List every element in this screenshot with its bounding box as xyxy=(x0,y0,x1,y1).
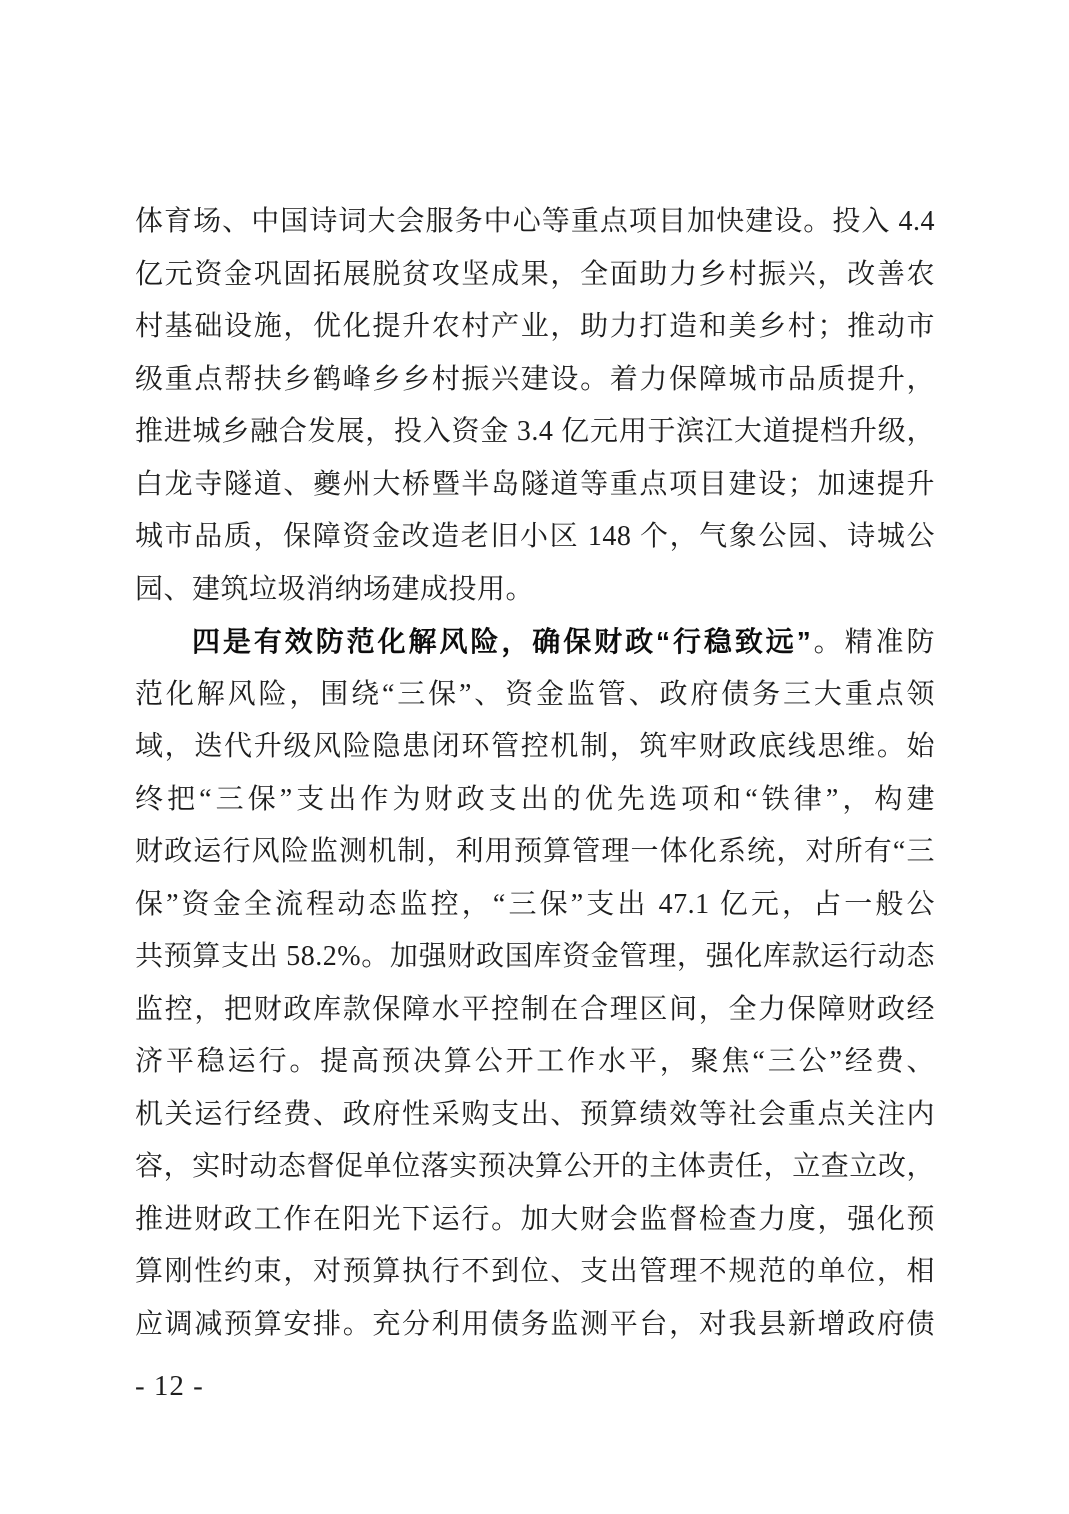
text-line: 财政运行风险监测机制，利用预算管理一体化系统，对所有“三 xyxy=(135,826,935,879)
section-heading-line: 四是有效防范化解风险，确保财政“行稳致远”。精准防 xyxy=(135,616,935,669)
section-heading-tail: 。精准防 xyxy=(811,627,935,658)
text-line: 算刚性约束，对预算执行不到位、支出管理不规范的单位，相 xyxy=(135,1246,935,1299)
text-line: 体育场、中国诗词大会服务中心等重点项目加快建设。投入 4.4 xyxy=(135,196,935,249)
text-line: 域，迭代升级风险隐患闭环管控机制，筑牢财政底线思维。始 xyxy=(135,721,935,774)
text-line: 推进财政工作在阳光下运行。加大财会监督检查力度，强化预 xyxy=(135,1194,935,1247)
paragraph-continued: 体育场、中国诗词大会服务中心等重点项目加快建设。投入 4.4亿元资金巩固拓展脱贫… xyxy=(135,196,935,616)
text-line: 容，实时动态督促单位落实预决算公开的主体责任，立查立改， xyxy=(135,1141,935,1194)
paragraph-section-four: 范化解风险，围绕“三保”、资金监管、政府债务三大重点领域，迭代升级风险隐患闭环管… xyxy=(135,669,935,1352)
text-line: 机关运行经费、政府性采购支出、预算绩效等社会重点关注内 xyxy=(135,1089,935,1142)
text-line: 园、建筑垃圾消纳场建成投用。 xyxy=(135,564,935,617)
text-line: 济平稳运行。提高预决算公开工作水平，聚焦“三公”经费、 xyxy=(135,1036,935,1089)
text-line: 白龙寺隧道、夔州大桥暨半岛隧道等重点项目建设；加速提升 xyxy=(135,459,935,512)
text-line: 城市品质，保障资金改造老旧小区 148 个，气象公园、诗城公 xyxy=(135,511,935,564)
text-line: 范化解风险，围绕“三保”、资金监管、政府债务三大重点领 xyxy=(135,669,935,722)
document-page: 体育场、中国诗词大会服务中心等重点项目加快建设。投入 4.4亿元资金巩固拓展脱贫… xyxy=(0,0,1069,1514)
text-line: 推进城乡融合发展，投入资金 3.4 亿元用于滨江大道提档升级， xyxy=(135,406,935,459)
text-line: 亿元资金巩固拓展脱贫攻坚成果，全面助力乡村振兴，改善农 xyxy=(135,249,935,302)
text-line: 终把“三保”支出作为财政支出的优先选项和“铁律”，构建 xyxy=(135,774,935,827)
text-line: 共预算支出 58.2%。加强财政国库资金管理，强化库款运行动态 xyxy=(135,931,935,984)
text-line: 级重点帮扶乡鹤峰乡乡村振兴建设。着力保障城市品质提升， xyxy=(135,354,935,407)
text-line: 监控，把财政库款保障水平控制在合理区间，全力保障财政经 xyxy=(135,984,935,1037)
text-line: 保”资金全流程动态监控，“三保”支出 47.1 亿元，占一般公 xyxy=(135,879,935,932)
page-number: - 12 - xyxy=(135,1369,935,1403)
text-line: 村基础设施，优化提升农村产业，助力打造和美乡村；推动市 xyxy=(135,301,935,354)
text-line: 应调减预算安排。充分利用债务监测平台，对我县新增政府债 xyxy=(135,1299,935,1352)
section-heading-bold: 四是有效防范化解风险，确保财政“行稳致远” xyxy=(192,626,811,657)
